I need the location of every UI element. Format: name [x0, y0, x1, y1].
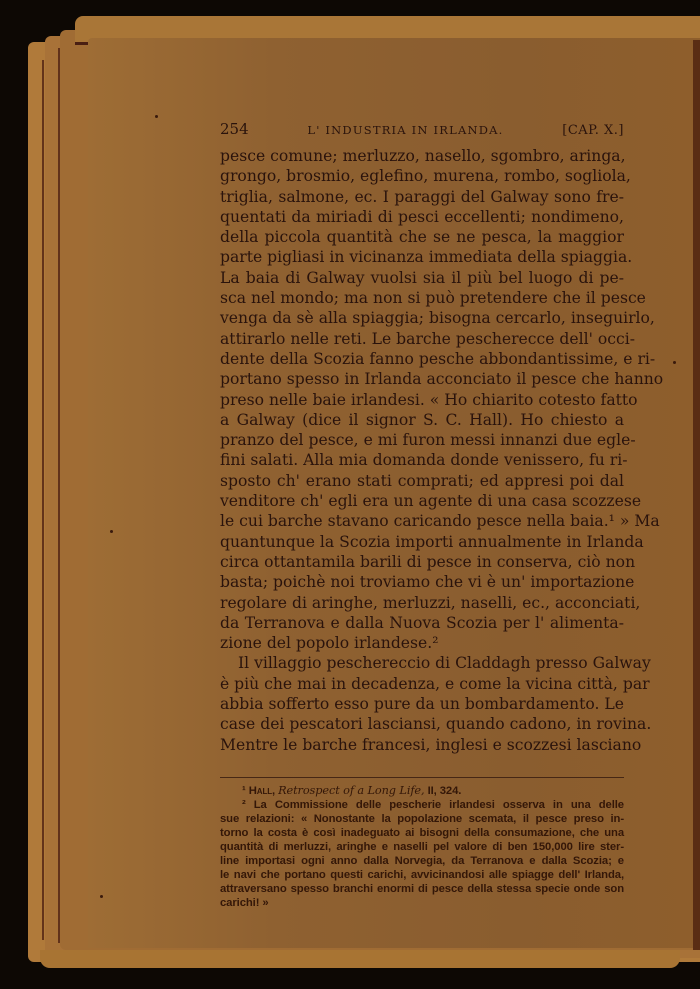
footnote-separator: [220, 777, 624, 778]
footnote-2-line: line importasi ogni anno dalla Norvegia,…: [220, 854, 624, 868]
text-line: della piccola quantità che se ne pesca, …: [220, 227, 624, 247]
text-line: attirarlo nelle reti. Le barche peschere…: [220, 329, 624, 349]
text-line: portano spesso in Irlanda acconciato il …: [220, 369, 624, 389]
footnote-2-line: attraversano spesso branchi enormi di pe…: [220, 882, 624, 896]
text-line: le cui barche stavano caricando pesce ne…: [220, 511, 624, 531]
text-line: grongo, brosmio, eglefino, murena, rombo…: [220, 166, 624, 186]
text-line: sca nel mondo; ma non si può pretendere …: [220, 288, 624, 308]
text-line: da Terranova e dalla Nuova Scozia per l'…: [220, 613, 624, 633]
text-line: sposto ch' erano stati comprati; ed appr…: [220, 471, 624, 491]
text-line: è più che mai in decadenza, e come la vi…: [220, 674, 624, 694]
text-line: Mentre le barche francesi, inglesi e sco…: [220, 735, 624, 755]
footnote-book-title: Retrospect of a Long Life,: [278, 784, 424, 797]
body-text: pesce comune; merluzzo, nasello, sgombro…: [220, 146, 624, 755]
text-line: zione del popolo irlandese.²: [220, 633, 624, 653]
paper-speck: [673, 361, 676, 364]
page-bottom-edge: [40, 950, 680, 968]
page-number: 254: [220, 120, 249, 138]
text-line: quantunque la Scozia importi annualmente…: [220, 532, 624, 552]
text-line: a Galway (dice il signor S. C. Hall). Ho…: [220, 410, 624, 430]
paper-speck: [110, 530, 113, 533]
text-line: regolare di aringhe, merluzzi, naselli, …: [220, 593, 624, 613]
page-content: 254 L' INDUSTRIA IN IRLANDA. [CAP. X.] p…: [220, 120, 624, 910]
footnote-2-line: torno la costa è così inadeguato ai biso…: [220, 826, 624, 840]
text-line: pranzo del pesce, e mi furon messi innan…: [220, 430, 624, 450]
text-line: venga da sè alla spiaggia; bisogna cerca…: [220, 308, 624, 328]
footnote-2-line: carichi! »: [220, 896, 624, 910]
footnote-1: ¹ Hall, Retrospect of a Long Life, II, 3…: [220, 784, 624, 798]
paper-speck: [155, 115, 158, 118]
text-line: parte pigliasi in vicinanza immediata de…: [220, 247, 624, 267]
paragraph-start-line: Il villaggio peschereccio di Claddagh pr…: [220, 653, 624, 673]
chapter-label: [CAP. X.]: [562, 123, 624, 138]
text-line: pesce comune; merluzzo, nasello, sgombro…: [220, 146, 624, 166]
page-right-shadow: [693, 40, 700, 950]
footnote-marker: ¹: [242, 785, 246, 797]
text-line: abbia sofferto esso pure da un bombardam…: [220, 694, 624, 714]
running-head: 254 L' INDUSTRIA IN IRLANDA. [CAP. X.]: [220, 120, 624, 142]
paper-speck: [100, 895, 103, 898]
page-edge-line: [58, 48, 60, 943]
text-line: quentati da miriadi di pesci eccellenti;…: [220, 207, 624, 227]
footnote-2-line: le navi che portano questi carichi, avvi…: [220, 868, 624, 882]
text-line: triglia, salmone, ec. I paraggi del Galw…: [220, 187, 624, 207]
text-line: fini salati. Alla mia domanda donde veni…: [220, 450, 624, 470]
text-line: La baia di Galway vuolsi sia il più bel …: [220, 268, 624, 288]
text-line: case dei pescatori lasciansi, quando cad…: [220, 714, 624, 734]
footnote-2-line: ² La Commissione delle pescherie irlande…: [220, 798, 624, 812]
footnote-author: Hall,: [249, 785, 275, 797]
text-line: preso nelle baie irlandesi. « Ho chiarit…: [220, 390, 624, 410]
running-title: L' INDUSTRIA IN IRLANDA.: [307, 123, 503, 137]
footnote-2-line: quantità di merluzzi, aringhe e naselli …: [220, 840, 624, 854]
page-edge-line: [42, 60, 44, 940]
text-line: venditore ch' egli era un agente di una …: [220, 491, 624, 511]
text-line: circa ottantamila barili di pesce in con…: [220, 552, 624, 572]
text-line: dente della Scozia fanno pesche abbondan…: [220, 349, 624, 369]
footnote-reference: II, 324.: [428, 785, 462, 797]
footnotes: ¹ Hall, Retrospect of a Long Life, II, 3…: [220, 784, 624, 910]
footnote-2-line: sue relazioni: « Nonostante la popolazio…: [220, 812, 624, 826]
text-line: basta; poichè noi troviamo che vi è un' …: [220, 572, 624, 592]
